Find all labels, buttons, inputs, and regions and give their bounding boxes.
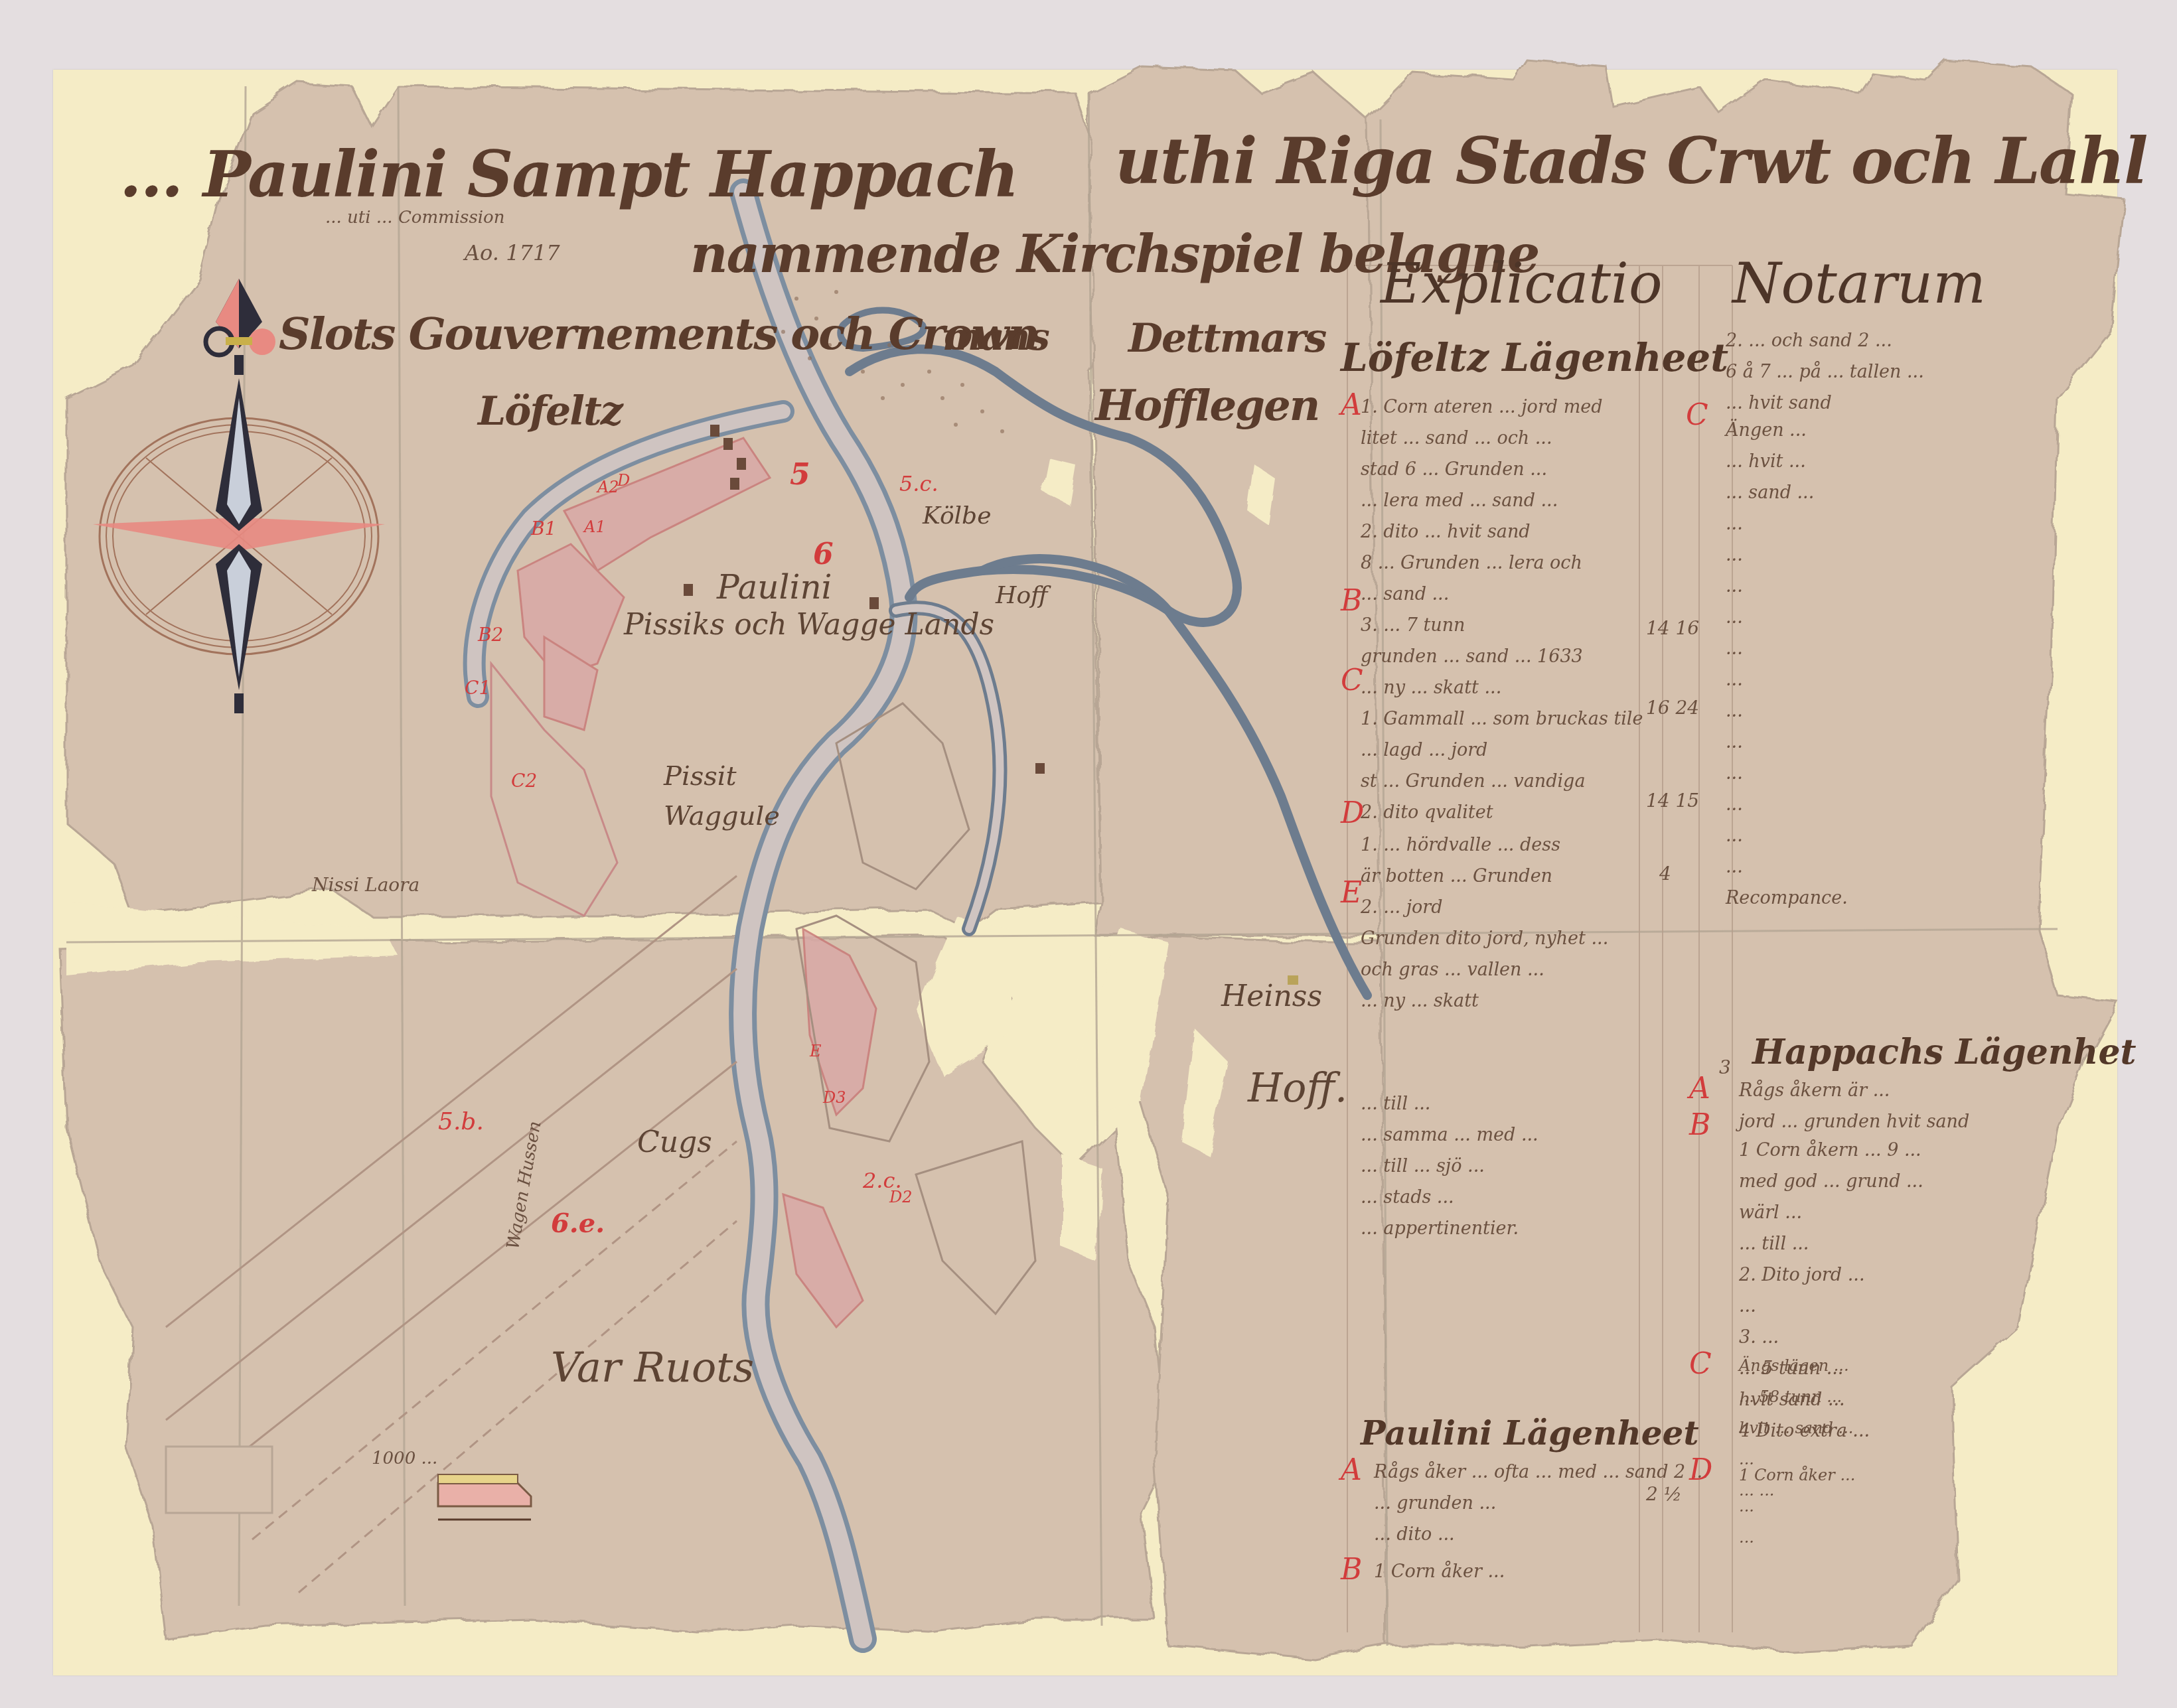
explicatio-entry-c: 1. ... hördvalle ... dess är botten ... … — [1361, 829, 1608, 1017]
marker-c: C — [1341, 664, 1363, 697]
field-marker: B2 — [478, 624, 503, 646]
value: 16 24 — [1646, 697, 1699, 719]
marker-d: D — [1689, 1453, 1712, 1487]
scale-note: 1000 ... — [372, 1450, 437, 1467]
notarum-title: Notarum — [1732, 255, 1986, 311]
title-line-3-mid: mans — [942, 319, 1049, 356]
value: 14 15 — [1646, 790, 1699, 812]
title-line-3-right: Dettmars — [1128, 319, 1325, 358]
marker-d: D — [1341, 796, 1364, 830]
field-marker: A2 — [597, 478, 619, 496]
title-line-4-left: Löfeltz — [478, 391, 622, 431]
field-marker: 2.c. — [863, 1168, 902, 1193]
section-3-number: 3 — [1719, 1058, 1731, 1077]
place-label: Nissi Laora — [312, 876, 419, 894]
field-marker: A1 — [584, 518, 606, 536]
title-line-1-right: uthi Riga Stads Crwt och Lahl — [1115, 129, 2146, 193]
marker-e: E — [1341, 876, 1362, 910]
marker-c: C — [1686, 398, 1708, 432]
place-label: Hoff — [996, 584, 1048, 608]
explicatio-section-1-title: Löfeltz Lägenheet — [1341, 338, 1728, 377]
survey-year: Ao. 1717 — [465, 242, 560, 263]
title-line-3-left: Slots Gouvernements och Crown — [279, 312, 1039, 356]
notarum-section-3-title: Happachs Lägenhet — [1752, 1035, 2137, 1070]
notarum-entry-1: 2. ... och sand 2 ... 6 å 7 ... på ... t… — [1726, 325, 1924, 419]
place-label: Pissiks och Wagge Lands — [624, 610, 994, 640]
field-marker: 6.e. — [551, 1208, 605, 1239]
explicatio-section-2-intro: ... till ... ... samma ... med ... ... t… — [1361, 1088, 1539, 1244]
field-marker: C1 — [465, 677, 490, 699]
happach-entry-a: Rågs åkern är ... jord ... grunden hvit … — [1739, 1075, 1969, 1137]
explicatio-entry-a: 1. Corn ateren ... jord med litet ... sa… — [1361, 391, 1603, 703]
marker-b: B — [1689, 1108, 1710, 1142]
place-label: Cugs — [637, 1128, 712, 1157]
explicatio-section-2-title: Paulini Lägenheet — [1361, 1417, 1699, 1450]
field-marker: E — [810, 1042, 822, 1060]
marker-a: A — [1341, 1453, 1362, 1487]
value: 14 16 — [1646, 617, 1699, 639]
place-label: Paulini — [717, 571, 832, 604]
field-marker: C2 — [511, 770, 537, 792]
place-label: Hoff. — [1248, 1068, 1347, 1108]
title-line-1-left: ... Paulini Sampt Happach — [119, 143, 1018, 206]
title-line-4-right: Hofflegen — [1095, 385, 1319, 427]
place-label: Heinss — [1221, 982, 1322, 1011]
marker-b: B — [1341, 584, 1362, 618]
field-marker: 6 — [813, 537, 834, 571]
notarum-entry-2: Ängen ... ... hvit ... ... sand ... ... … — [1726, 415, 1848, 914]
field-marker: 5 — [790, 458, 810, 492]
paulini-entry-b: 1 Corn åker ... — [1374, 1556, 1511, 1587]
marker-c: C — [1689, 1347, 1712, 1381]
marker-a: A — [1341, 388, 1362, 422]
explicatio-title: Explicatio — [1381, 255, 1663, 311]
field-marker: D — [617, 471, 630, 490]
place-label: Pissit — [664, 763, 737, 790]
happach-entry-d: 1 Corn åker ... ... ... — [1739, 1460, 1860, 1553]
field-marker: 5.c. — [899, 471, 938, 496]
place-label: Var Ruots — [551, 1347, 754, 1388]
field-marker: B1 — [531, 518, 556, 539]
field-marker: D3 — [823, 1088, 846, 1107]
marker-b: B — [1341, 1553, 1362, 1587]
place-label: Kölbe — [923, 504, 991, 528]
place-label: Waggule — [664, 803, 780, 829]
survey-note: ... uti ... Commission — [325, 209, 504, 226]
value: 4 — [1659, 863, 1671, 885]
field-marker: 5.b. — [438, 1108, 484, 1135]
value: 2 ½ — [1646, 1483, 1682, 1505]
marker-a: A — [1689, 1072, 1710, 1105]
explicatio-entry-b: 1. Gammall ... som bruckas tile ... lagd… — [1361, 703, 1643, 828]
